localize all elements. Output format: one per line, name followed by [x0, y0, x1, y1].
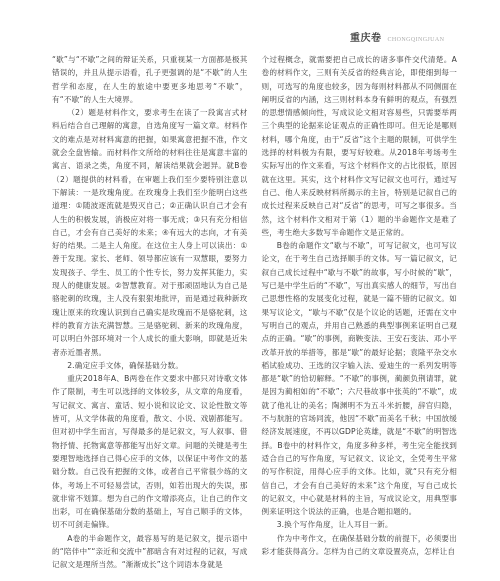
left-column: “歇”与“不歇”之间的辩证关系，只重视某一方面都是极其错误的，并且从提示语看，孔…: [52, 53, 248, 572]
article-body: “歇”与“不歇”之间的辩证关系，只重视某一方面都是极其错误的，并且从提示语看，孔…: [52, 53, 457, 572]
paragraph: “歇”与“不歇”之间的辩证关系，只重视某一方面都是极其错误的，并且从提示语看，孔…: [52, 53, 248, 106]
section-title: 重庆卷: [350, 29, 382, 44]
paragraph: 作为中考作文，在确保基础分数的前提下，必须要出彩才能获得高分。怎样为自己的文章设…: [262, 532, 458, 559]
paragraph: B卷的命题作文“歇与不歇”，可写记叙文，也可写议论文，在于考生自己选择顺手的文体…: [262, 239, 458, 518]
section-subtitle: CHONGQINGJUAN: [388, 37, 445, 43]
section-heading: 2.确定应手文体，确保基础分数。: [52, 359, 248, 372]
paragraph: A卷的半命题作文，最容易写的是记叙文，提示语中的“陪伴中”“亲近和交流中”都暗含…: [52, 532, 248, 572]
paragraph: 个过程概念，就需要把自己成长的诸多事件交代清楚。A卷的材料作文，三则有关反省的经…: [262, 53, 458, 239]
paragraph: （2）题是材料作文，要求考生在读了一段寓言式材料后结合自己理解的寓意，自选角度写…: [52, 106, 248, 359]
paragraph: 重庆2018年A、B两卷在作文要求中都只对诗歌文体作了限制，考生可以选择的文体较…: [52, 372, 248, 532]
running-header: 重庆卷 CHONGQINGJUAN: [350, 29, 444, 44]
right-column: 个过程概念，就需要把自己成长的诸多事件交代清楚。A卷的材料作文，三则有关反省的经…: [262, 53, 458, 572]
section-heading: 3.换个写作角度，让人耳目一新。: [262, 518, 458, 531]
